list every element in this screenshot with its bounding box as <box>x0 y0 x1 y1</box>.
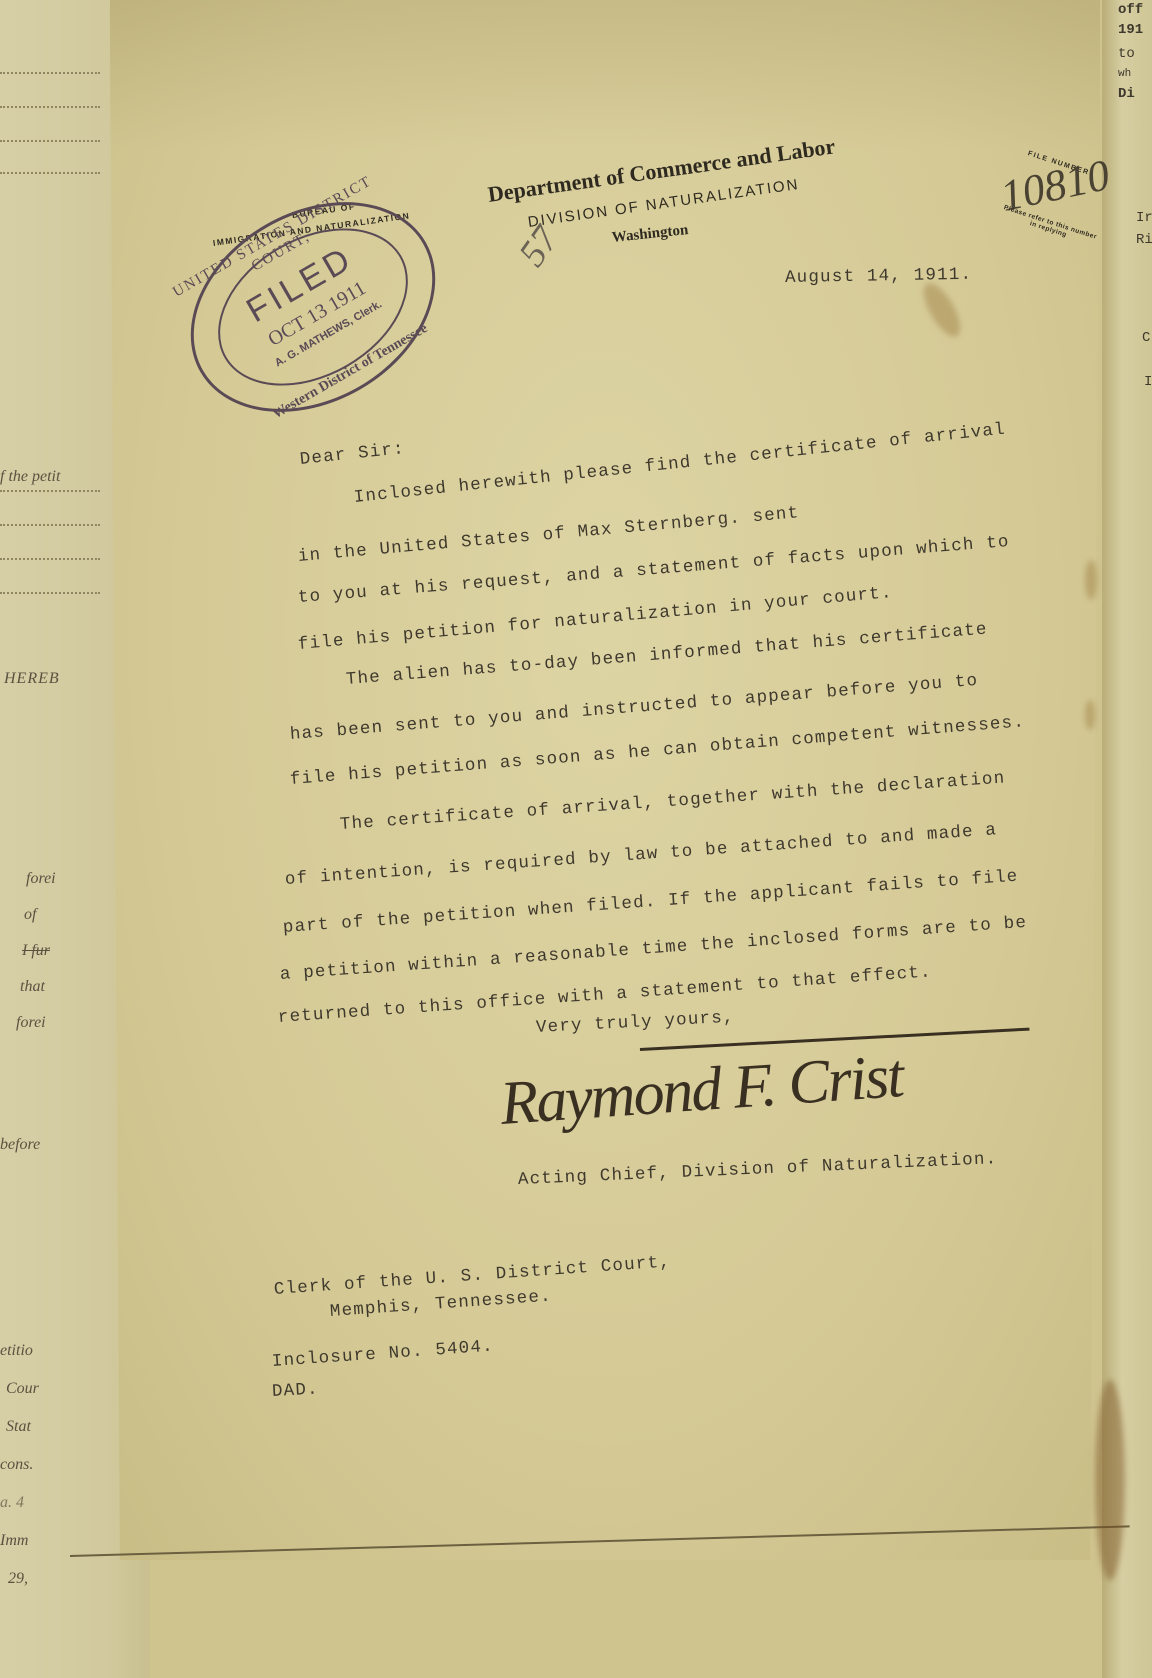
left-fragment: before <box>0 1136 40 1154</box>
right-fragment: Ir <box>1136 210 1152 226</box>
dotted-line <box>0 106 100 108</box>
left-fragment: HEREB <box>4 670 60 688</box>
left-fragment: that <box>20 978 45 996</box>
left-fragment: f the petit <box>0 468 60 486</box>
right-fragment: I <box>1144 374 1152 390</box>
right-fragment: Di <box>1118 86 1135 102</box>
left-fragment: etitio <box>0 1342 33 1360</box>
right-fragment: wh <box>1118 68 1131 80</box>
left-fragment: forei <box>26 870 56 888</box>
left-fragment: a. 4 <box>0 1494 24 1512</box>
left-fragment: Cour <box>6 1380 39 1398</box>
dotted-line <box>0 592 100 594</box>
right-fragment: to <box>1118 46 1135 62</box>
stain <box>1095 1380 1125 1580</box>
left-fragment: cons. <box>0 1456 33 1474</box>
right-fragment: C <box>1142 330 1150 346</box>
dotted-line <box>0 524 100 526</box>
letter-date: August 14, 1911. <box>785 265 973 288</box>
dotted-line <box>0 558 100 560</box>
top-shadow <box>110 0 1100 150</box>
right-fragment: 191 <box>1118 22 1143 38</box>
stain <box>1085 560 1097 600</box>
right-fragment: Ri <box>1136 232 1152 248</box>
left-fragment: Stat <box>6 1418 31 1436</box>
left-fragment: Imm <box>0 1532 28 1550</box>
left-fragment: 29, <box>8 1570 28 1588</box>
left-fragment: I fur <box>22 942 50 960</box>
left-fragment: of <box>24 906 36 924</box>
right-fragment: off <box>1118 2 1143 18</box>
dotted-line <box>0 72 100 74</box>
stain <box>1085 700 1095 730</box>
dotted-line <box>0 490 100 492</box>
dotted-line <box>0 172 100 174</box>
dotted-line <box>0 140 100 142</box>
left-fragment: forei <box>16 1014 46 1032</box>
typist-initials: DAD. <box>271 1380 319 1402</box>
